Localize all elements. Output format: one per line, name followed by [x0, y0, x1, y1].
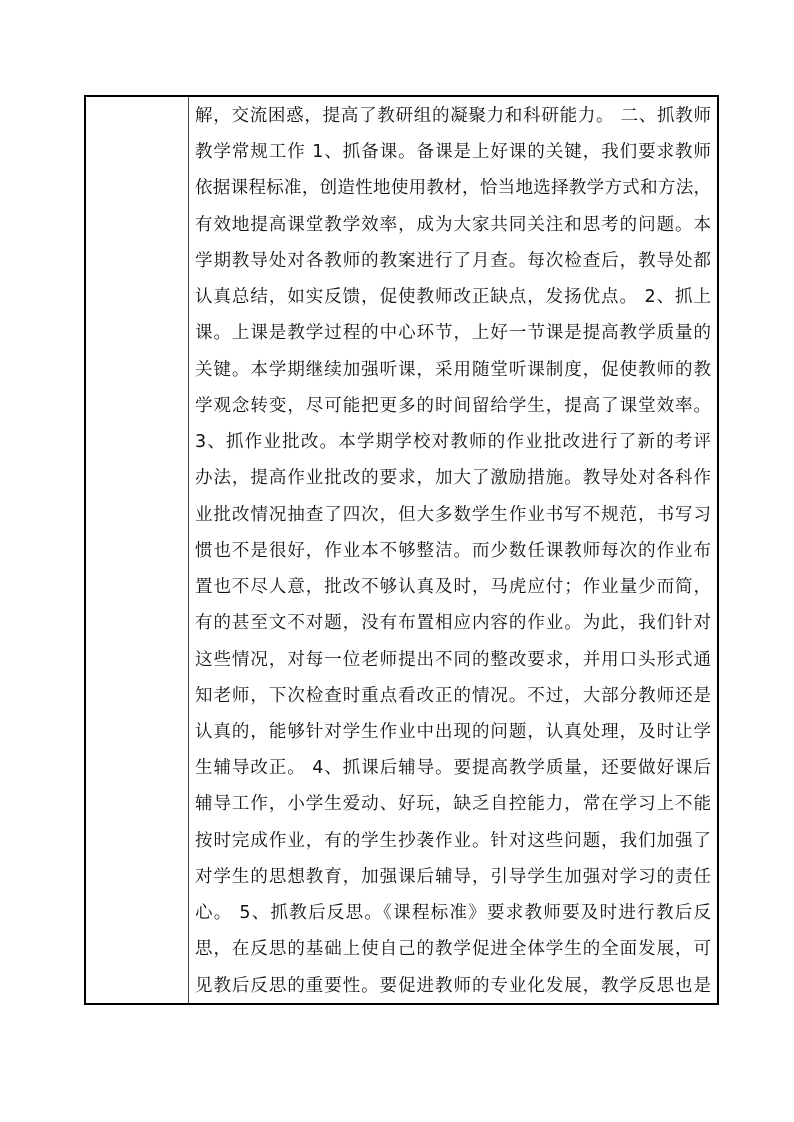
text-line: 生辅导改正。 4、抓课后辅导。要提高教学质量，还要做好课后: [195, 750, 711, 786]
text-line: 这些情况，对每一位老师提出不同的整改要求，并用口头形式通: [195, 642, 711, 678]
text-line: 学期教导处对各教师的教案进行了月查。每次检查后，教导处都: [195, 243, 711, 279]
text-line: 关键。本学期继续加强听课，采用随堂听课制度，促使教师的教: [195, 352, 711, 388]
text-line: 有的甚至文不对题，没有布置相应内容的作业。为此，我们针对: [195, 605, 711, 641]
text-line: 知老师，下次检查时重点看改正的情况。不过，大部分教师还是: [195, 678, 711, 714]
text-line: 课。上课是教学过程的中心环节，上好一节课是提高教学质量的: [195, 315, 711, 351]
text-line: 对学生的思想教育，加强课后辅导，引导学生加强对学习的责任: [195, 859, 711, 895]
text-line: 思，在反思的基础上使自己的教学促进全体学生的全面发展，可: [195, 931, 711, 967]
text-line: 见教后反思的重要性。要促进教师的专业化发展，教学反思也是: [195, 968, 711, 1003]
text-line: 按时完成作业，有的学生抄袭作业。针对这些问题，我们加强了: [195, 823, 711, 859]
table-right-cell: 解，交流困惑，提高了教研组的凝聚力和科研能力。 二、抓教师 教学常规工作 1、抓…: [189, 97, 717, 1003]
text-line: 认真的，能够针对学生作业中出现的问题，认真处理，及时让学: [195, 714, 711, 750]
text-line: 3、抓作业批改。本学期学校对教师的作业批改进行了新的考评: [195, 424, 711, 460]
text-line: 解，交流困惑，提高了教研组的凝聚力和科研能力。 二、抓教师: [195, 98, 711, 134]
text-line: 依据课程标准，创造性地使用教材，恰当地选择教学方式和方法，: [195, 170, 711, 206]
table-left-cell: [86, 97, 189, 1003]
text-line: 置也不尽人意，批改不够认真及时，马虎应付；作业量少而简，: [195, 569, 711, 605]
text-line: 心。 5、抓教后反思。《课程标准》要求教师要及时进行教后反: [195, 895, 711, 931]
text-line: 教学常规工作 1、抓备课。备课是上好课的关键，我们要求教师: [195, 134, 711, 170]
text-line: 惯也不是很好，作业本不够整洁。而少数任课教师每次的作业布: [195, 533, 711, 569]
text-line: 办法，提高作业批改的要求，加大了激励措施。教导处对各科作: [195, 460, 711, 496]
text-line: 有效地提高课堂教学效率，成为大家共同关注和思考的问题。本: [195, 207, 711, 243]
text-line: 业批改情况抽查了四次，但大多数学生作业书写不规范，书写习: [195, 497, 711, 533]
content-table: 解，交流困惑，提高了教研组的凝聚力和科研能力。 二、抓教师 教学常规工作 1、抓…: [84, 95, 719, 1005]
text-line: 学观念转变，尽可能把更多的时间留给学生，提高了课堂效率。: [195, 388, 711, 424]
document-page: 解，交流困惑，提高了教研组的凝聚力和科研能力。 二、抓教师 教学常规工作 1、抓…: [0, 0, 794, 1122]
text-line: 辅导工作，小学生爱动、好玩，缺乏自控能力，常在学习上不能: [195, 786, 711, 822]
text-line: 认真总结，如实反馈，促使教师改正缺点，发扬优点。 2、抓上: [195, 279, 711, 315]
